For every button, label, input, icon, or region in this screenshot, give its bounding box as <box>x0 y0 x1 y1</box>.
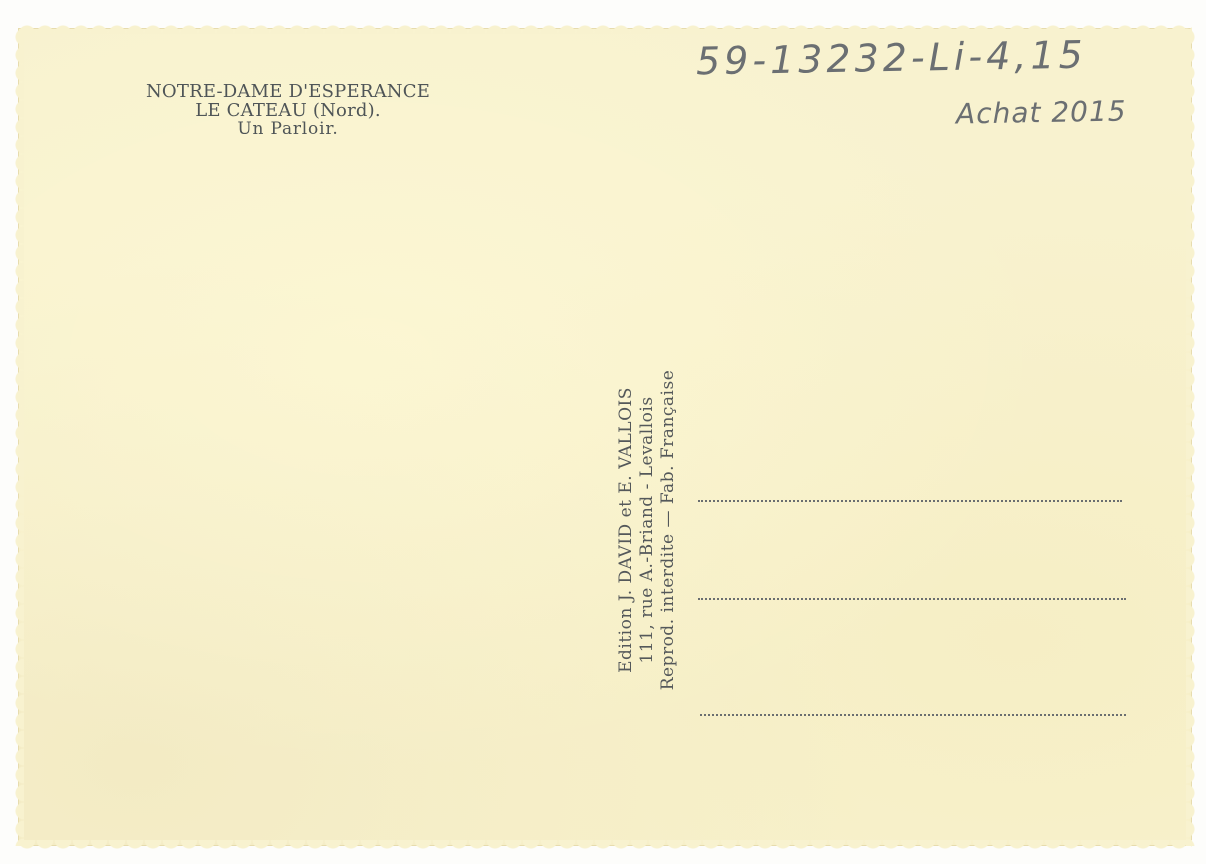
address-line-2 <box>698 598 1126 600</box>
publisher-name: Edition J. DAVID et E. VALLOIS <box>616 320 637 740</box>
postcard-caption: NOTRE-DAME D'ESPERANCE LE CATEAU (Nord).… <box>108 82 468 139</box>
caption-location: LE CATEAU (Nord). <box>108 101 468 120</box>
caption-title: NOTRE-DAME D'ESPERANCE <box>108 82 468 101</box>
handwritten-reference-number: 59-13232-Li-4,15 <box>696 33 1087 84</box>
scan-page: NOTRE-DAME D'ESPERANCE LE CATEAU (Nord).… <box>0 0 1206 864</box>
caption-subject: Un Parloir. <box>108 120 468 139</box>
publisher-address: 111, rue A.-Briand - Levallois <box>637 320 658 740</box>
handwritten-purchase-note: Achat 2015 <box>956 95 1127 131</box>
address-line-1 <box>698 500 1122 502</box>
publisher-text-rotated: Edition J. DAVID et E. VALLOIS 111, rue … <box>616 320 679 740</box>
publisher-rights: Reprod. interdite — Fab. Française <box>658 320 679 740</box>
address-line-3 <box>700 714 1126 716</box>
postcard-back <box>18 28 1192 846</box>
